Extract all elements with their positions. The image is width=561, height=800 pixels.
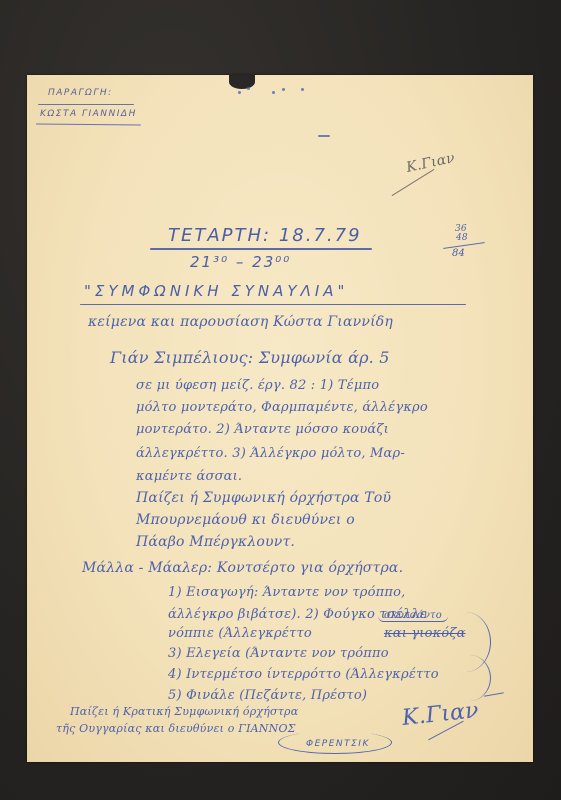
movement-line: 5) Φινάλε (Πεζάντε, Πρέστο) bbox=[168, 688, 367, 703]
ink-blot bbox=[247, 87, 250, 90]
movement-line: 1) Εισαγωγή: Άνταντε νον τρόππο, bbox=[168, 585, 406, 600]
production-label: ΠΑΡΑΓΩΓΗ: bbox=[48, 88, 113, 98]
ink-blot bbox=[282, 88, 285, 91]
ink-blot bbox=[238, 91, 241, 94]
broadcast-time: 21³⁰ – 23⁰⁰ bbox=[190, 253, 291, 271]
ink-mark bbox=[318, 135, 330, 137]
movement-line: 4) Ιντερμέτσο ίντερρόττο (Άλλεγκρέττο bbox=[168, 667, 439, 682]
program-title: "ΣΥΜΦΩΝΙΚΗ ΣΥΝΑΥΛΙΑ" bbox=[84, 282, 348, 300]
program-subtitle: κείμενα και παρουσίαση Κώστα Γιαννίδη bbox=[88, 314, 393, 330]
body-line: μόλτο μοντεράτο, Φαρμπαμέντε, άλλέγκρο bbox=[136, 400, 428, 415]
closing-line: τῆς Ουγγαρίας και διευθύνει ο ΓΙΑΝΝΟΣ bbox=[56, 722, 296, 735]
body-line: Μπουρνεμάουθ κι διευθύνει ο bbox=[136, 512, 355, 528]
title-underline bbox=[80, 304, 466, 305]
tally-total: 84 bbox=[452, 248, 465, 259]
ink-blot bbox=[272, 91, 275, 94]
body-line: Γιάν Σιμπέλιους: Συμφωνία άρ. 5 bbox=[110, 348, 390, 367]
body-line: Πάαβο Μπέργκλουντ. bbox=[136, 534, 295, 550]
ink-blot bbox=[301, 88, 304, 91]
body-line: άλλεγκρέττο. 3) Άλλέγκρο μόλτο, Μαρ- bbox=[136, 446, 405, 461]
closing-line: Παίζει ή Κρατική Συμφωνική όρχήστρα bbox=[70, 705, 298, 718]
date-underline bbox=[150, 248, 372, 250]
body-line: σε μι ύφεση μείζ. έργ. 82 : 1) Τέμπο bbox=[136, 378, 379, 393]
broadcast-date: ΤΕΤΑΡΤΗ: 18.7.79 bbox=[168, 225, 362, 246]
paper-tear bbox=[229, 75, 255, 89]
grouping-bracket bbox=[448, 655, 491, 701]
second-work-heading: Μάλλα - Μάαλερ: Κοντσέρτο για όρχήστρα. bbox=[82, 560, 403, 576]
movement-line: νόππιε (Άλλεγκρέττο bbox=[168, 626, 312, 641]
conductor-surname-circle bbox=[278, 731, 392, 754]
correction-underline bbox=[378, 607, 448, 622]
body-line: Παίζει ή Συμφωνική όρχήστρα Τοῦ bbox=[136, 490, 391, 506]
producer-name: ΚΩΣΤΑ ΓΙΑΝΝΙΔΗ bbox=[40, 109, 137, 119]
body-line: καμέντε άσσαι. bbox=[136, 469, 242, 484]
body-line: μοντεράτο. 2) Άνταντε μόσσο κουάζι bbox=[136, 422, 389, 437]
tally-middle: 48 bbox=[456, 233, 468, 243]
movement-line: 3) Ελεγεία (Άνταντε νον τρόππο bbox=[168, 646, 389, 661]
production-label-underline bbox=[38, 104, 134, 105]
